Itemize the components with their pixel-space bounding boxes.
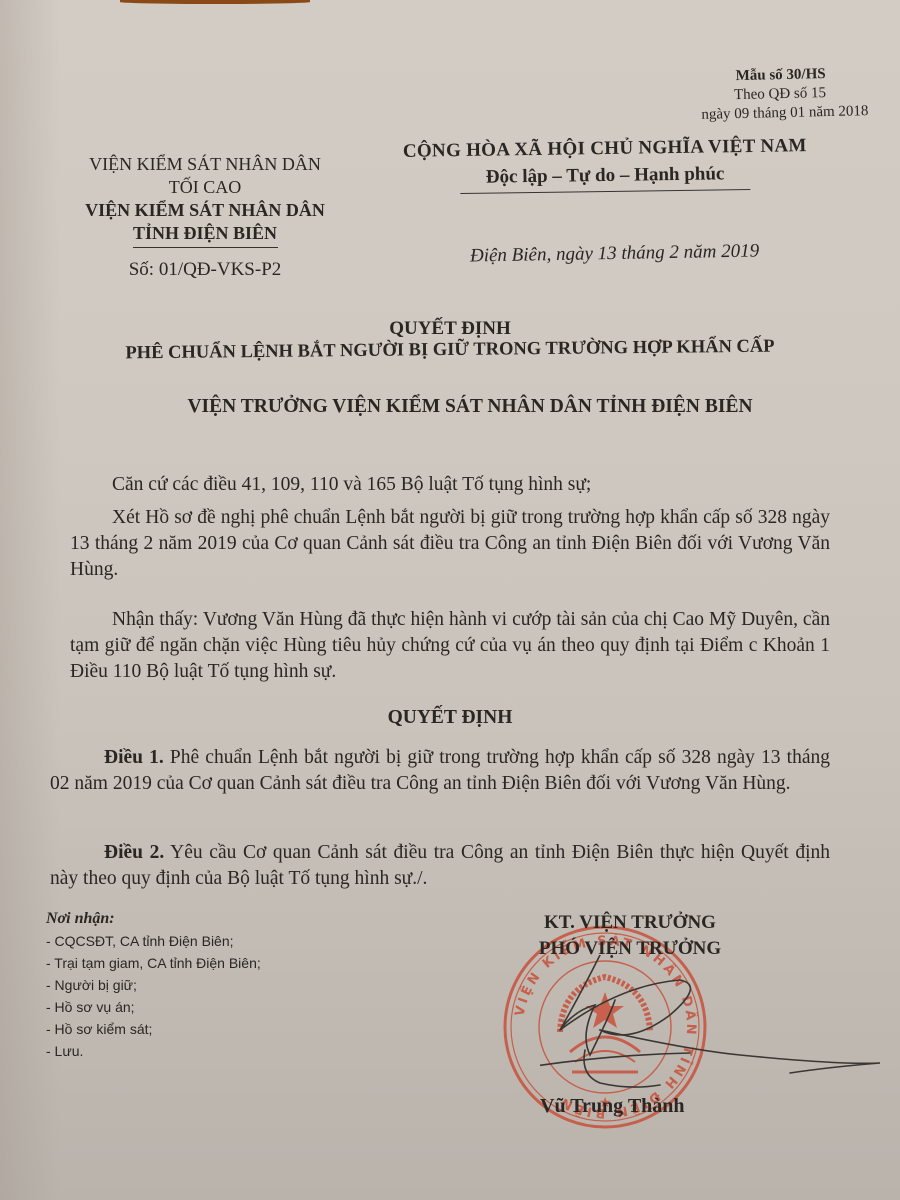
document-page: Mẫu số 30/HS Theo QĐ số 15 ngày 09 tháng… — [0, 0, 900, 1200]
preamble-legal-basis: Căn cứ các điều 41, 109, 110 và 165 Bộ l… — [70, 472, 830, 498]
form-reference: Mẫu số 30/HS Theo QĐ số 15 ngày 09 tháng… — [700, 64, 868, 125]
article-2: Điều 2. Yêu cầu Cơ quan Cảnh sát điều tr… — [50, 840, 830, 892]
recipients-list: Nơi nhận: - CQCSĐT, CA tỉnh Điện Biên; -… — [46, 908, 261, 1062]
form-basis-date: ngày 09 tháng 01 năm 2018 — [701, 102, 868, 125]
parent-agency-line1: VIỆN KIỂM SÁT NHÂN DÂN — [40, 153, 370, 176]
recipient-item: - Người bị giữ; — [46, 974, 261, 996]
recipient-item: - Hồ sơ vụ án; — [46, 996, 261, 1018]
parent-agency-line2: TỐI CAO — [40, 176, 370, 199]
article-1: Điều 1. Phê chuẩn Lệnh bắt người bị giữ … — [50, 745, 830, 797]
recipient-item: - Trại tạm giam, CA tỉnh Điện Biên; — [46, 952, 261, 974]
article-2-text: Yêu cầu Cơ quan Cảnh sát điều tra Công a… — [50, 842, 830, 889]
motto-divider — [460, 189, 750, 194]
issuing-agency: VIỆN KIỂM SÁT NHÂN DÂN TỐI CAO VIỆN KIỂM… — [40, 153, 370, 281]
nation-motto: Độc lập – Tự do – Hạnh phúc — [370, 162, 840, 191]
signatory-role-line1: KT. VIỆN TRƯỞNG — [500, 910, 760, 936]
recipient-item: - Hồ sơ kiểm sát; — [46, 1018, 261, 1040]
place-date: Điện Biên, ngày 13 tháng 2 năm 2019 — [470, 240, 760, 267]
preamble-considering: Xét Hồ sơ đề nghị phê chuẩn Lệnh bắt ngư… — [70, 505, 830, 583]
signer-name: Vũ Trung Thành — [540, 1095, 685, 1118]
decision-heading: QUYẾT ĐỊNH — [0, 707, 900, 729]
recipient-item: - CQCSĐT, CA tỉnh Điện Biên; — [46, 930, 261, 952]
handwritten-signature-icon — [540, 955, 890, 1105]
agency-name-line2: TỈNH ĐIỆN BIÊN — [40, 222, 370, 245]
agency-name-line1: VIỆN KIỂM SÁT NHÂN DÂN — [40, 199, 370, 222]
document-authority: VIỆN TRƯỞNG VIỆN KIỂM SÁT NHÂN DÂN TỈNH … — [20, 396, 900, 418]
national-header: CỘNG HÒA XÃ HỘI CHỦ NGHĨA VIỆT NAM Độc l… — [370, 135, 841, 196]
article-1-text: Phê chuẩn Lệnh bắt người bị giữ trong tr… — [50, 747, 830, 794]
agency-divider — [133, 247, 278, 248]
nation-title: CỘNG HÒA XÃ HỘI CHỦ NGHĨA VIỆT NAM — [370, 135, 840, 164]
recipient-item: - Lưu. — [46, 1040, 261, 1062]
article-1-label: Điều 1. — [104, 747, 164, 768]
recipients-heading: Nơi nhận: — [46, 908, 261, 930]
document-number: Số: 01/QĐ-VKS-P2 — [40, 258, 370, 281]
article-2-label: Điều 2. — [104, 842, 164, 863]
preamble-finding: Nhận thấy: Vương Văn Hùng đã thực hiện h… — [70, 607, 830, 685]
